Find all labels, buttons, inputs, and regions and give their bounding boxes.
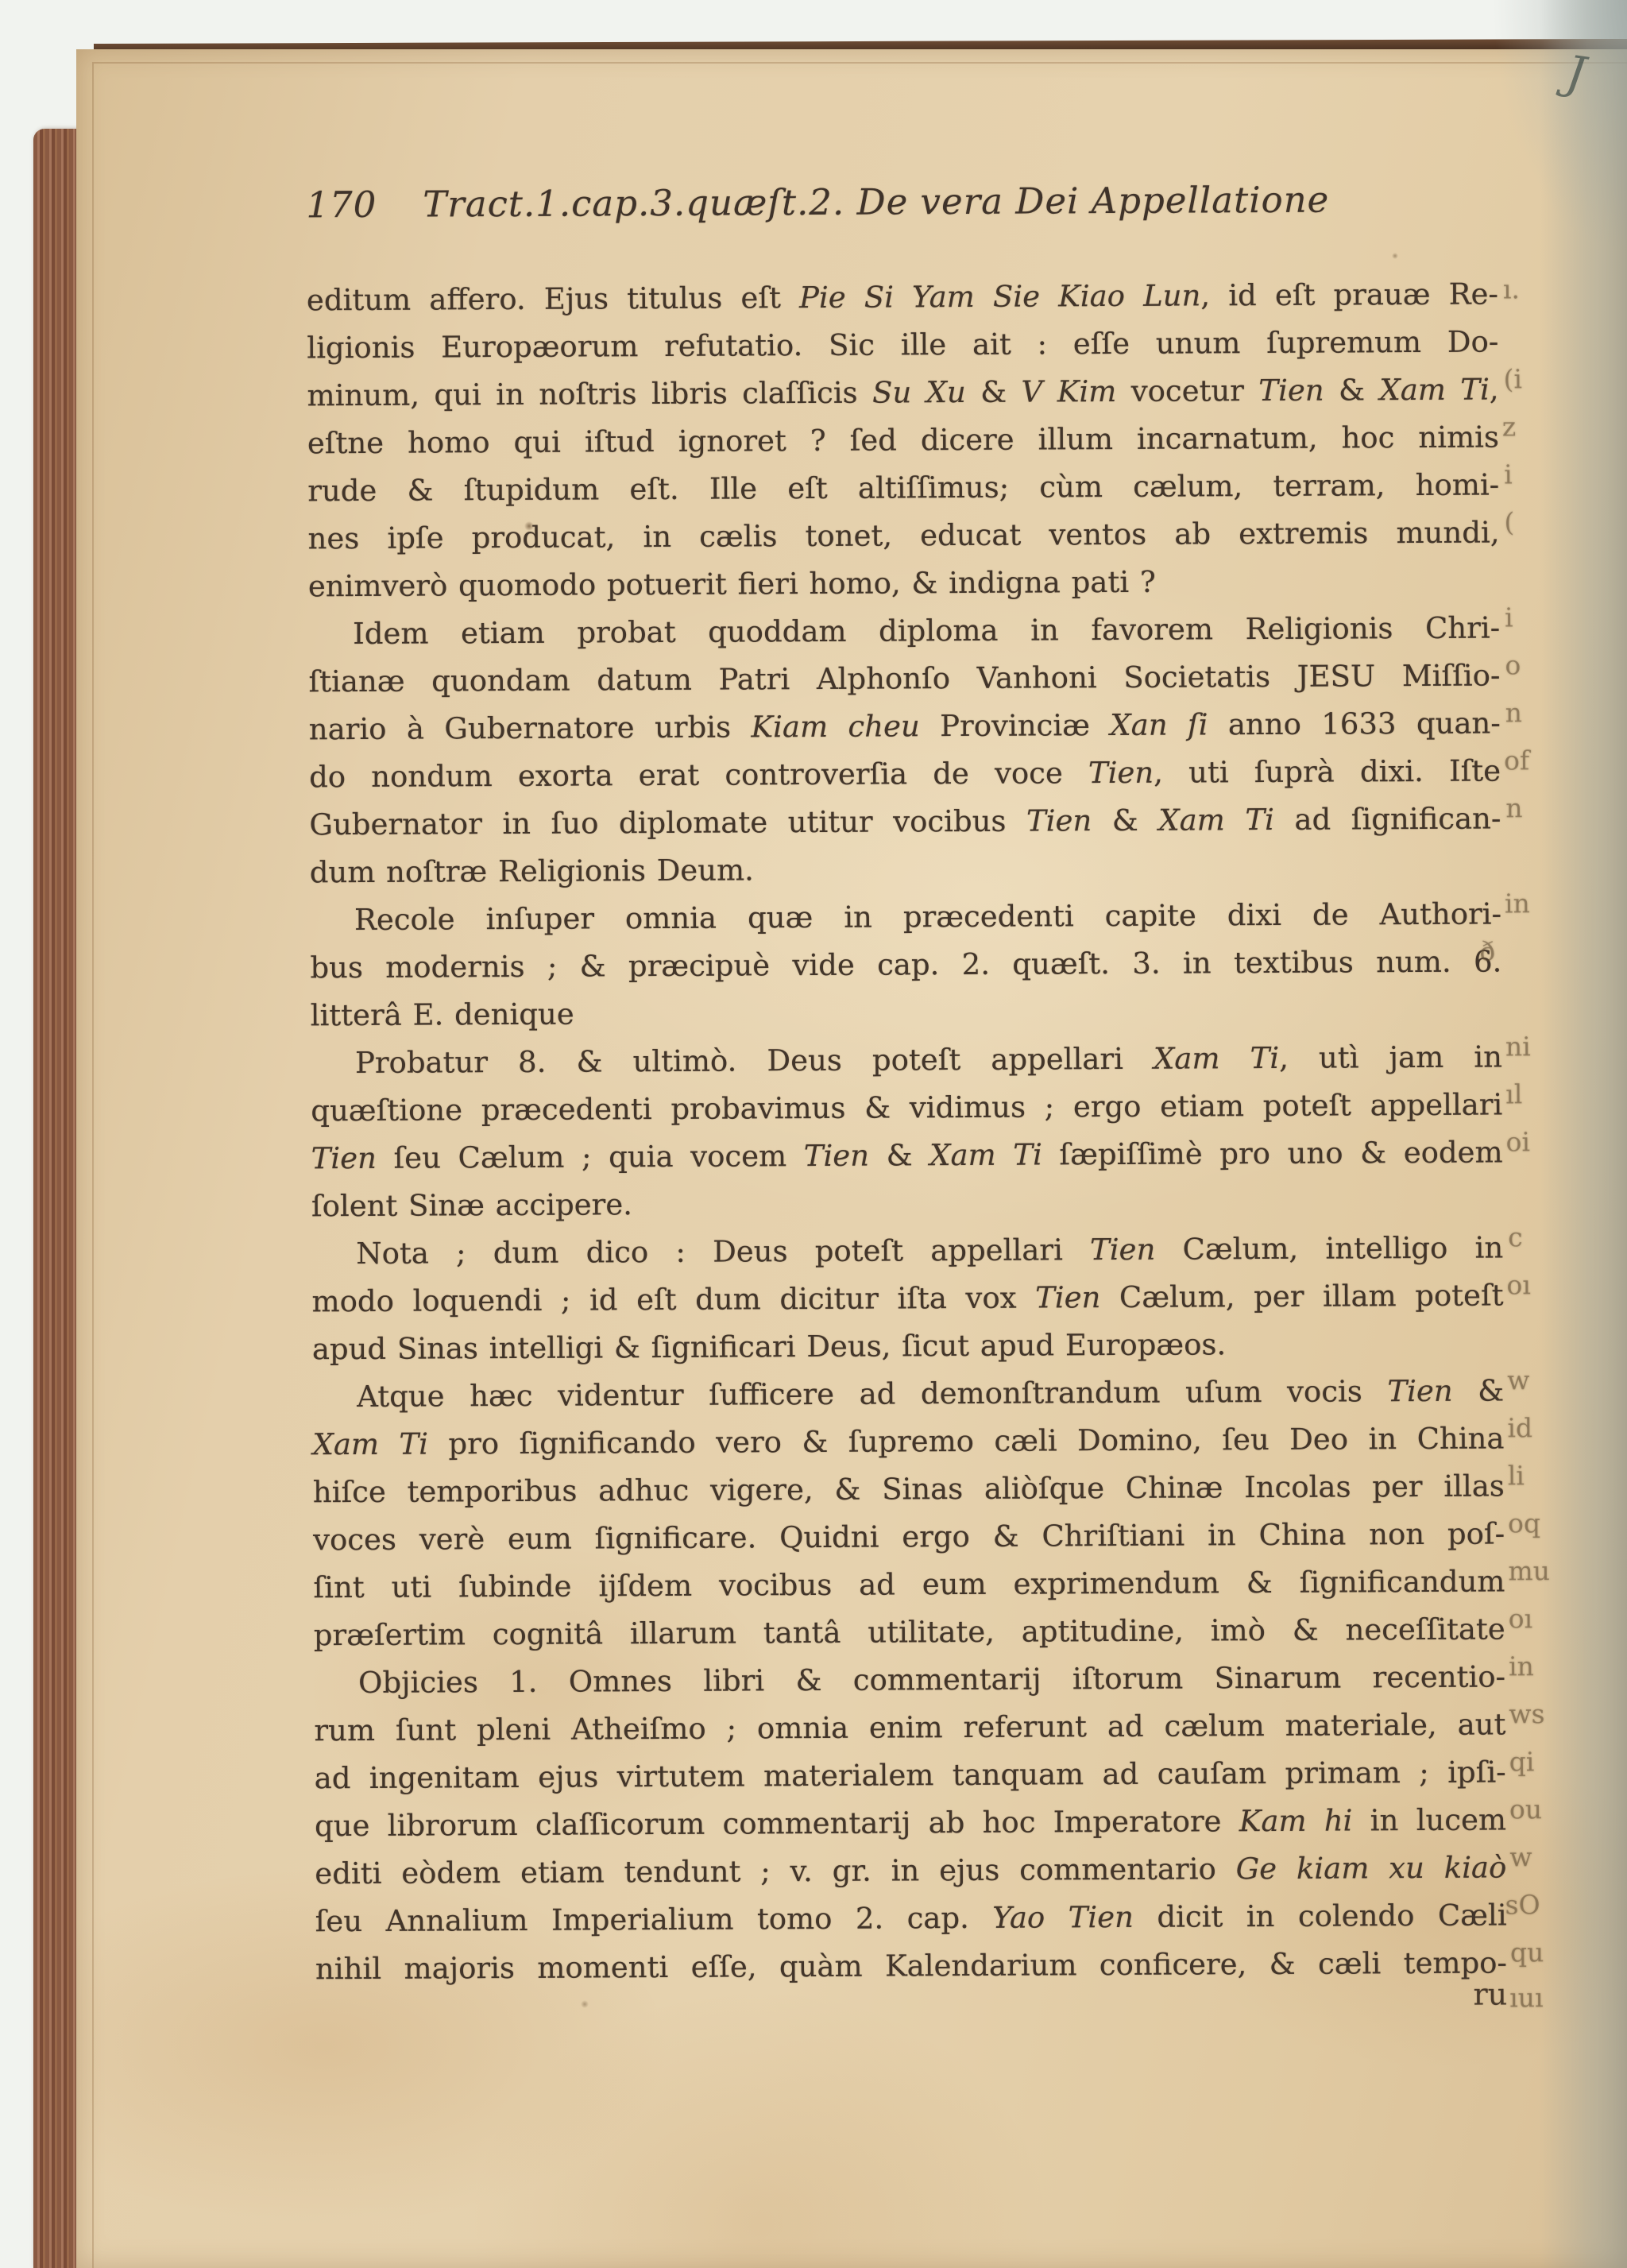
italic-term: Xam Ti <box>1154 1041 1279 1076</box>
text-line: que librorum claſſicorum commentarij ab … <box>315 1796 1506 1850</box>
text-segment: editi eòdem etiam tendunt ; v. gr. in ej… <box>315 1852 1236 1891</box>
text-line: Recole inſuper omnia quæ in præcedenti c… <box>310 890 1501 944</box>
text-segment: præſertim cognitâ illarum tantâ utilitat… <box>314 1612 1505 1652</box>
bleedthrough-fragment: c <box>1508 1224 1523 1250</box>
italic-term: Tien <box>1026 803 1092 838</box>
text-line: minum, qui in noſtris libris claſſicis S… <box>307 366 1498 420</box>
italic-term: Pie Si Yam Sie Kiao Lun <box>799 278 1201 315</box>
italic-term: Xam Ti <box>312 1427 428 1462</box>
bleedthrough-fragment: ni <box>1505 1033 1531 1059</box>
text-segment: litterâ E. denique <box>311 997 574 1033</box>
bleedthrough-fragment: oı <box>1506 1271 1531 1298</box>
text-segment: do nondum exorta erat controverſia de vo… <box>309 756 1088 794</box>
text-segment: editum affero. Ejus titulus eſt <box>307 281 799 317</box>
text-segment: ſeu Cælum ; quia vocem <box>377 1139 804 1175</box>
bleedthrough-fragment: i <box>1504 461 1513 487</box>
bleedthrough-fragment: qi <box>1509 1748 1535 1775</box>
text-segment: Objicies 1. Omnes libri & commentarij iſ… <box>358 1659 1505 1700</box>
text-line: nes ipſe producat, in cælis tonet, educa… <box>307 509 1499 563</box>
text-line: nihil majoris momenti eſſe, quàm Kalenda… <box>315 1939 1507 1993</box>
text-line: do nondum exorta erat controverſia de vo… <box>309 747 1501 801</box>
italic-term: Tien <box>311 1141 377 1175</box>
bleedthrough-fragment: n <box>1505 795 1522 821</box>
text-segment: , utì jam in <box>1279 1039 1502 1074</box>
text-segment: ad ſignifican- <box>1274 801 1501 836</box>
running-title: Tract.1.cap.3.quæſt.2. De vera Dei Appel… <box>423 179 1329 226</box>
text-line: ſeu Annalium Imperialium tomo 2. cap. Ya… <box>315 1891 1507 1945</box>
text-line: ſtianæ quondam datum Patri Alphonſo Vanh… <box>308 652 1500 706</box>
text-segment: rum ſunt pleni Atheiſmo ; omnia enim ref… <box>314 1707 1505 1747</box>
text-segment: & <box>1324 373 1380 407</box>
text-segment: eſtne homo qui iſtud ignoret ? ſed dicer… <box>307 420 1499 460</box>
bleedthrough-fragment: oı <box>1509 1605 1533 1631</box>
italic-term: Su Xu <box>872 375 966 410</box>
bleedthrough-fragment: w <box>1507 1367 1529 1393</box>
text-segment: nes ipſe producat, in cælis tonet, educa… <box>307 515 1499 555</box>
italic-term: Xam Ti <box>929 1137 1042 1172</box>
text-line: Nota ; dum dico : Deus poteſt appellari … <box>311 1224 1503 1278</box>
text-line: editum affero. Ejus titulus eſt Pie Si Y… <box>307 270 1498 324</box>
text-segment: nario à Gubernatore urbis <box>309 710 752 746</box>
text-line: Objicies 1. Omnes libri & commentarij iſ… <box>314 1653 1505 1707</box>
text-line: Xam Ti pro ſignificando vero & ſupremo c… <box>312 1415 1504 1469</box>
bleedthrough-fragment: ıl <box>1505 1081 1522 1107</box>
italic-term: Tien <box>1387 1374 1452 1408</box>
italic-term: Xan ſi <box>1110 707 1208 742</box>
italic-term: Ge kiam xu kiaò <box>1236 1850 1507 1886</box>
text-line: ad ingenitam ejus virtutem materialem ta… <box>315 1748 1506 1802</box>
text-segment: ad ingenitam ejus virtutem materialem ta… <box>315 1755 1506 1795</box>
bleedthrough-fragment: ıuı <box>1509 1984 1544 2011</box>
text-segment: dicit in colendo Cæli <box>1134 1898 1507 1933</box>
italic-term: Tien <box>1258 373 1324 408</box>
text-segment: ſolent Sinæ accipere. <box>311 1187 632 1223</box>
text-line: litterâ E. denique <box>311 985 1502 1039</box>
text-segment: , <box>1490 372 1499 406</box>
text-line: Gubernator in ſuo diplomate utitur vocib… <box>309 795 1501 849</box>
text-line: Atque hæc videntur ſufficere ad demonſtr… <box>312 1367 1504 1421</box>
text-segment: Atque hæc videntur ſufficere ad demonſtr… <box>357 1374 1387 1414</box>
bleedthrough-fragment: qu <box>1510 1939 1544 1965</box>
text-segment: & <box>869 1138 929 1172</box>
bleedthrough-fragment: ou <box>1509 1796 1542 1822</box>
italic-term: Yao Tien <box>992 1900 1134 1935</box>
text-segment: vocetur <box>1116 373 1258 408</box>
bleedthrough-fragment: of <box>1504 747 1529 773</box>
text-segment: ſæpiſſimè pro uno & eodem <box>1042 1135 1503 1171</box>
text-segment: pro ſignificando vero & ſupremo cæli Dom… <box>428 1421 1505 1461</box>
bleedthrough-fragment: ( <box>1504 509 1514 535</box>
text-segment: ligionis Europæorum refutatio. Sic ille … <box>307 324 1498 365</box>
italic-term: Tien <box>1035 1280 1100 1314</box>
italic-term: Xam Ti <box>1158 803 1274 838</box>
bleedthrough-fragment: sO <box>1505 1891 1540 1918</box>
text-segment: Idem etiam probat quoddam diploma in fav… <box>353 610 1500 651</box>
text-segment: quæſtione præcedenti probavimus & vidimu… <box>311 1087 1502 1128</box>
bleedthrough-fragment: ı. <box>1503 276 1520 302</box>
text-segment: Cælum, per illam poteſt <box>1100 1278 1503 1314</box>
bleedthrough-fragment: oi <box>1505 1128 1530 1155</box>
text-line: eſtne homo qui iſtud ignoret ? ſed dicer… <box>307 413 1499 467</box>
bleedthrough-fragment: ð <box>1479 939 1495 965</box>
bleedthrough-fragment: oq <box>1508 1510 1540 1536</box>
text-segment: que librorum claſſicorum commentarij ab … <box>315 1804 1239 1843</box>
text-segment: , id eſt prauæ Re- <box>1200 277 1498 312</box>
bleedthrough-fragment: in <box>1509 1653 1534 1679</box>
bleedthrough-fragment: i <box>1505 604 1513 630</box>
bleedthrough-fragment: ws <box>1509 1701 1544 1727</box>
text-segment: ſint uti ſubinde ijſdem vocibus ad eum e… <box>313 1564 1505 1604</box>
text-line: rude & ſtupidum eſt. Ille eſt altiſſimus… <box>307 461 1499 515</box>
text-line: Probatur 8. & ultimò. Deus poteſt appell… <box>311 1033 1502 1087</box>
text-line: ſolent Sinæ accipere. <box>311 1176 1503 1230</box>
text-line: apud Sinas intelligi & ſignificari Deus,… <box>312 1319 1504 1373</box>
text-segment: Nota ; dum dico : Deus poteſt appellari <box>356 1233 1090 1271</box>
bleedthrough-fragment: mu <box>1508 1558 1550 1584</box>
text-line: bus modernis ; & præcipuè vide cap. 2. q… <box>310 938 1501 992</box>
text-line: ſint uti ſubinde ijſdem vocibus ad eum e… <box>313 1558 1505 1612</box>
bleedthrough-fragment: w <box>1509 1844 1532 1870</box>
text-line: rum ſunt pleni Atheiſmo ; omnia enim ref… <box>314 1701 1505 1755</box>
text-segment: Cælum, intelligo in <box>1155 1230 1503 1266</box>
text-segment: & <box>1092 803 1158 838</box>
text-segment: & <box>1453 1373 1505 1407</box>
text-segment: nihil majoris momenti eſſe, quàm Kalenda… <box>315 1945 1507 1986</box>
text-segment: enimverò quomodo potuerit fieri homo, & … <box>308 565 1156 604</box>
text-line: ligionis Europæorum refutatio. Sic ille … <box>307 318 1498 372</box>
text-line: hiſce temporibus adhuc vigere, & Sinas a… <box>313 1462 1505 1516</box>
text-segment: in lucem <box>1352 1802 1506 1837</box>
italic-term: Kiam cheu <box>751 709 920 744</box>
text-segment: Provinciæ <box>920 708 1111 743</box>
running-header: 170 Tract.1.cap.3.quæſt.2. De vera Dei A… <box>306 177 1498 226</box>
text-segment: rude & ſtupidum eſt. Ille eſt altiſſimus… <box>307 467 1499 508</box>
italic-term: Tien <box>1088 756 1154 790</box>
text-line: nario à Gubernatore urbis Kiam cheu Prov… <box>309 699 1501 753</box>
text-line: dum noſtræ Religionis Deum. <box>310 842 1501 896</box>
text-segment: minum, qui in noſtris libris claſſicis <box>307 376 873 413</box>
text-line: editi eòdem etiam tendunt ; v. gr. in ej… <box>315 1844 1506 1898</box>
text-line: Tien ſeu Cælum ; quia vocem Tien & Xam T… <box>311 1128 1502 1182</box>
text-segment: & <box>966 375 1022 409</box>
bleedthrough-fragment: (i <box>1503 366 1522 392</box>
italic-term: Tien <box>1090 1233 1155 1267</box>
text-segment: Probatur 8. & ultimò. Deus poteſt appell… <box>355 1042 1154 1080</box>
bleedthrough-fragment: id <box>1507 1415 1532 1441</box>
page-content: 170 Tract.1.cap.3.quæſt.2. De vera Dei A… <box>0 0 1627 2268</box>
text-segment: , uti ſuprà dixi. Iſte <box>1154 753 1501 789</box>
text-segment: dum noſtræ Religionis Deum. <box>310 853 754 889</box>
text-line: Idem etiam probat quoddam diploma in fav… <box>308 604 1500 658</box>
text-segment: ſtianæ quondam datum Patri Alphonſo Vanh… <box>308 658 1500 699</box>
bleedthrough-fragment: li <box>1508 1462 1525 1488</box>
bleedthrough-fragment: in <box>1505 890 1530 916</box>
text-block: editum affero. Ejus titulus eſt Pie Si Y… <box>307 270 1507 1993</box>
text-line: quæſtione præcedenti probavimus & vidimu… <box>311 1081 1502 1135</box>
text-segment: Gubernator in ſuo diplomate utitur vocib… <box>309 804 1026 842</box>
text-segment: bus modernis ; & præcipuè vide cap. 2. q… <box>310 944 1501 985</box>
text-line: modo loquendi ; id eſt dum dicitur iſta … <box>311 1271 1503 1326</box>
italic-term: V Kim <box>1021 374 1116 409</box>
italic-term: Tien <box>804 1139 869 1173</box>
bleedthrough-fragment: z <box>1502 413 1517 439</box>
text-line: voces verè eum ſignificare. Quidni ergo … <box>313 1510 1505 1564</box>
text-segment: Recole inſuper omnia quæ in præcedenti c… <box>354 896 1501 937</box>
text-segment: hiſce temporibus adhuc vigere, & Sinas a… <box>313 1469 1505 1509</box>
text-segment: voces verè eum ſignificare. Quidni ergo … <box>313 1516 1505 1557</box>
text-segment: ſeu Annalium Imperialium tomo 2. cap. <box>315 1901 993 1938</box>
page-number: 170 <box>306 184 377 226</box>
italic-term: Xam Ti <box>1379 373 1490 408</box>
text-line: enimverò quomodo potuerit fieri homo, & … <box>308 556 1500 610</box>
catchword: ru <box>1356 1976 1507 2012</box>
italic-term: Kam hi <box>1239 1803 1353 1838</box>
text-segment: apud Sinas intelligi & ſignificari Deus,… <box>312 1327 1226 1366</box>
bleedthrough-fragment: o <box>1505 652 1521 678</box>
text-line: præſertim cognitâ illarum tantâ utilitat… <box>314 1605 1505 1659</box>
bleedthrough-fragment: n <box>1505 699 1522 726</box>
text-segment: anno 1633 quan- <box>1208 706 1501 741</box>
text-segment: modo loquendi ; id eſt dum dicitur iſta … <box>311 1281 1035 1319</box>
